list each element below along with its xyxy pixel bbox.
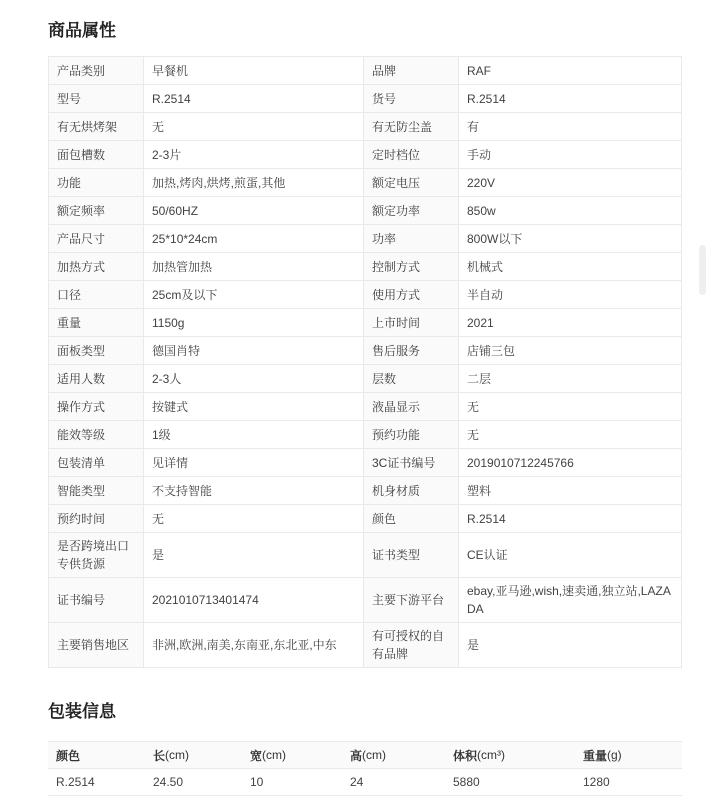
packaging-column-header: 重量(g) [575,742,682,768]
attr-label: 颜色 [364,505,459,533]
attr-value: 德国肖特 [144,337,364,365]
attr-row: 能效等级1级预约功能无 [49,421,682,449]
attr-row: 包装清单见详情3C证书编号2019010712245766 [49,449,682,477]
attr-label: 额定功率 [364,197,459,225]
attr-value: 不支持智能 [144,477,364,505]
attr-value: 25cm及以下 [144,281,364,309]
attr-label: 能效等级 [49,421,144,449]
attr-value: RAF [459,57,682,85]
product-attributes-table: 产品类别早餐机品牌RAF型号R.2514货号R.2514有无烘烤架无有无防尘盖有… [48,56,682,668]
attr-value: 见详情 [144,449,364,477]
attr-row: 加热方式加热管加热控制方式机械式 [49,253,682,281]
attr-value: 加热,烤肉,烘烤,煎蛋,其他 [144,169,364,197]
attr-value: 2021 [459,309,682,337]
attr-row: 是否跨境出口专供货源是证书类型CE认证 [49,533,682,578]
attr-label: 面板类型 [49,337,144,365]
attr-value: 按键式 [144,393,364,421]
attr-label: 适用人数 [49,365,144,393]
attr-value: 手动 [459,141,682,169]
attr-value: 1级 [144,421,364,449]
attr-label: 使用方式 [364,281,459,309]
attr-label: 功能 [49,169,144,197]
attr-label: 加热方式 [49,253,144,281]
attr-label: 预约时间 [49,505,144,533]
attr-label: 液晶显示 [364,393,459,421]
packaging-header-name: 颜色 [56,747,80,764]
attr-label: 控制方式 [364,253,459,281]
attr-row: 产品类别早餐机品牌RAF [49,57,682,85]
attr-value: 非洲,欧洲,南美,东南亚,东北亚,中东 [144,623,364,668]
attr-label: 型号 [49,85,144,113]
attr-label: 产品尺寸 [49,225,144,253]
attr-value: 无 [144,505,364,533]
packaging-table-header: 颜色长(cm)宽(cm)高(cm)体积(cm³)重量(g) [48,742,682,769]
attr-value: 2021010713401474 [144,578,364,623]
attr-value: 无 [459,393,682,421]
attr-value: 塑料 [459,477,682,505]
attr-label: 3C证书编号 [364,449,459,477]
attr-value: 有 [459,113,682,141]
attr-value: 早餐机 [144,57,364,85]
attr-label: 层数 [364,365,459,393]
packaging-header-unit: (cm) [165,748,189,762]
attr-value: R.2514 [459,505,682,533]
attr-label: 功率 [364,225,459,253]
attr-value: 2-3片 [144,141,364,169]
packaging-header-name: 体积 [453,747,477,764]
attr-row: 型号R.2514货号R.2514 [49,85,682,113]
attr-value: 1150g [144,309,364,337]
attr-label: 机身材质 [364,477,459,505]
attr-value: 加热管加热 [144,253,364,281]
packaging-cell: 1280 [575,769,682,795]
packaging-header-unit: (cm) [262,748,286,762]
attr-value: 半自动 [459,281,682,309]
attr-value: 无 [144,113,364,141]
attr-row: 适用人数2-3人层数二层 [49,365,682,393]
attr-value: CE认证 [459,533,682,578]
packaging-header-name: 重量 [583,747,607,764]
packaging-table: 颜色长(cm)宽(cm)高(cm)体积(cm³)重量(g) R.251424.5… [48,741,682,796]
attr-row: 面包槽数2-3片定时档位手动 [49,141,682,169]
attr-label: 产品类别 [49,57,144,85]
attr-value: 2-3人 [144,365,364,393]
attr-label: 上市时间 [364,309,459,337]
attr-value: 50/60HZ [144,197,364,225]
packaging-cell: 24 [342,769,445,795]
attr-label: 主要下游平台 [364,578,459,623]
attr-label: 口径 [49,281,144,309]
attr-row: 额定频率50/60HZ额定功率850w [49,197,682,225]
attr-value: R.2514 [459,85,682,113]
packaging-header-unit: (cm) [362,748,386,762]
attr-label: 智能类型 [49,477,144,505]
attr-row: 智能类型不支持智能机身材质塑料 [49,477,682,505]
attr-value: 2019010712245766 [459,449,682,477]
attr-label: 包装清单 [49,449,144,477]
packaging-header-unit: (cm³) [477,748,505,762]
attr-label: 货号 [364,85,459,113]
attr-label: 有无防尘盖 [364,113,459,141]
packaging-cell: R.2514 [48,769,145,795]
attr-value: 800W以下 [459,225,682,253]
attr-label: 额定电压 [364,169,459,197]
attr-label: 操作方式 [49,393,144,421]
attr-label: 证书编号 [49,578,144,623]
packaging-header-name: 长 [153,747,165,764]
attr-label: 主要销售地区 [49,623,144,668]
attr-row: 有无烘烤架无有无防尘盖有 [49,113,682,141]
packaging-column-header: 长(cm) [145,742,242,768]
product-detail-page: 商品属性 产品类别早餐机品牌RAF型号R.2514货号R.2514有无烘烤架无有… [0,0,706,802]
attr-value: 店铺三包 [459,337,682,365]
attr-row: 面板类型德国肖特售后服务店铺三包 [49,337,682,365]
packaging-header-unit: (g) [607,748,622,762]
attr-label: 重量 [49,309,144,337]
attr-value: 机械式 [459,253,682,281]
attr-row: 产品尺寸25*10*24cm功率800W以下 [49,225,682,253]
attr-row: 证书编号2021010713401474主要下游平台ebay,亚马逊,wish,… [49,578,682,623]
attr-label: 定时档位 [364,141,459,169]
attr-value: 850w [459,197,682,225]
attr-row: 操作方式按键式液晶显示无 [49,393,682,421]
packaging-info-title: 包装信息 [48,702,682,721]
attr-row: 主要销售地区非洲,欧洲,南美,东南亚,东北亚,中东有可授权的自有品牌是 [49,623,682,668]
attr-value: 25*10*24cm [144,225,364,253]
attr-value: 是 [459,623,682,668]
attr-row: 功能加热,烤肉,烘烤,煎蛋,其他额定电压220V [49,169,682,197]
packaging-header-name: 高 [350,747,362,764]
attr-label: 预约功能 [364,421,459,449]
packaging-header-name: 宽 [250,747,262,764]
attr-label: 有无烘烤架 [49,113,144,141]
packaging-cell: 5880 [445,769,575,795]
attr-label: 是否跨境出口专供货源 [49,533,144,578]
attr-label: 证书类型 [364,533,459,578]
attr-value: R.2514 [144,85,364,113]
attr-value: 二层 [459,365,682,393]
packaging-cell: 10 [242,769,342,795]
attr-label: 有可授权的自有品牌 [364,623,459,668]
packaging-column-header: 宽(cm) [242,742,342,768]
attr-value: 220V [459,169,682,197]
attr-label: 额定频率 [49,197,144,225]
packaging-column-header: 体积(cm³) [445,742,575,768]
packaging-column-header: 颜色 [48,742,145,768]
packaging-column-header: 高(cm) [342,742,445,768]
attr-row: 预约时间无颜色R.2514 [49,505,682,533]
attr-value: 无 [459,421,682,449]
attr-label: 售后服务 [364,337,459,365]
attr-value: 是 [144,533,364,578]
attr-label: 品牌 [364,57,459,85]
vertical-scrollbar-thumb[interactable] [699,245,706,295]
packaging-row: R.251424.50102458801280 [48,769,682,796]
attr-label: 面包槽数 [49,141,144,169]
packaging-cell: 24.50 [145,769,242,795]
attr-value: ebay,亚马逊,wish,速卖通,独立站,LAZADA [459,578,682,623]
attr-row: 口径25cm及以下使用方式半自动 [49,281,682,309]
attr-row: 重量1150g上市时间2021 [49,309,682,337]
product-attributes-title: 商品属性 [48,0,682,40]
